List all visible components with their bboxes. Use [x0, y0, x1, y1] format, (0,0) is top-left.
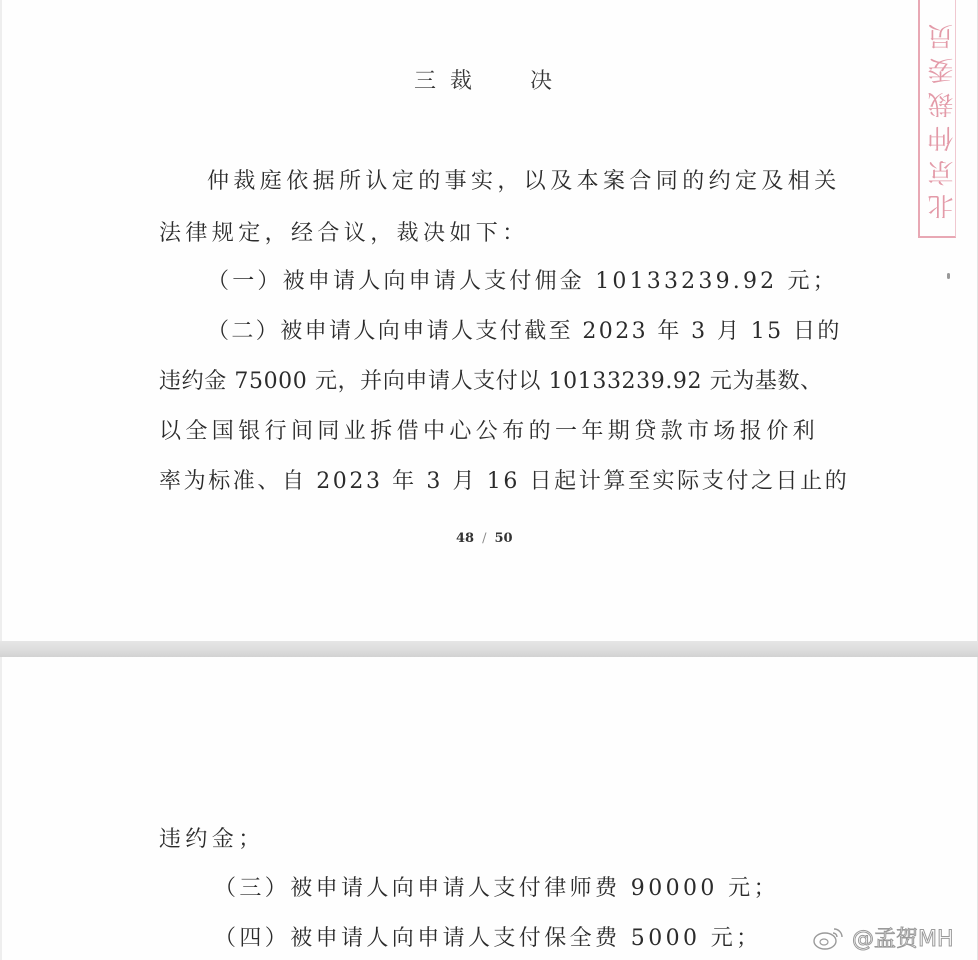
stamp-text: 北京仲裁委员: [924, 2, 954, 234]
binding-mark: [947, 273, 950, 279]
weibo-watermark: @孟贺MH: [812, 922, 954, 953]
paragraph-line: 以全国银行间同业拆借中心公布的一年期贷款市场报价利: [159, 414, 819, 445]
paragraph-line: 仲裁庭依据所认定的事实，以及本案合同的约定及相关: [207, 164, 841, 195]
weibo-icon: [812, 925, 846, 951]
ruling-item-2: （二）被申请人向申请人支付截至 2023 年 3 月 15 日的: [207, 314, 842, 345]
ruling-item-3: （三）被申请人向申请人支付律师费 90000 元；: [214, 871, 779, 902]
document-page-49: 违约金； （三）被申请人向申请人支付律师费 90000 元； （四）被申请人向申…: [0, 657, 978, 960]
ruling-item-4: （四）被申请人向申请人支付保全费 5000 元；: [214, 921, 762, 952]
page-divider: [0, 641, 978, 657]
paragraph-line: 违约金 75000 元，并向申请人支付以 10133239.92 元为基数、: [159, 364, 823, 395]
paragraph-line: 违约金；: [159, 822, 265, 853]
paragraph-line: 法律规定，经合议，裁决如下：: [159, 216, 529, 247]
title-char: 决: [530, 64, 552, 95]
watermark-text: @孟贺MH: [852, 922, 954, 953]
document-page-48: 三 裁 决 仲裁庭依据所认定的事实，以及本案合同的约定及相关 法律规定，经合议，…: [0, 0, 978, 641]
title-char: 三: [414, 64, 436, 95]
ruling-item-1: （一）被申请人向申请人支付佣金 10133239.92 元；: [207, 264, 838, 295]
paragraph-line: 率为标准、自 2023 年 3 月 16 日起计算至实际支付之日止的: [159, 464, 849, 495]
total-pages: 50: [494, 531, 512, 546]
page-number: 48/50: [456, 531, 513, 546]
seal-stamp: 北京仲裁委员: [918, 0, 956, 238]
page-separator: /: [482, 531, 486, 546]
title-char: 裁: [450, 64, 472, 95]
current-page: 48: [456, 531, 474, 546]
